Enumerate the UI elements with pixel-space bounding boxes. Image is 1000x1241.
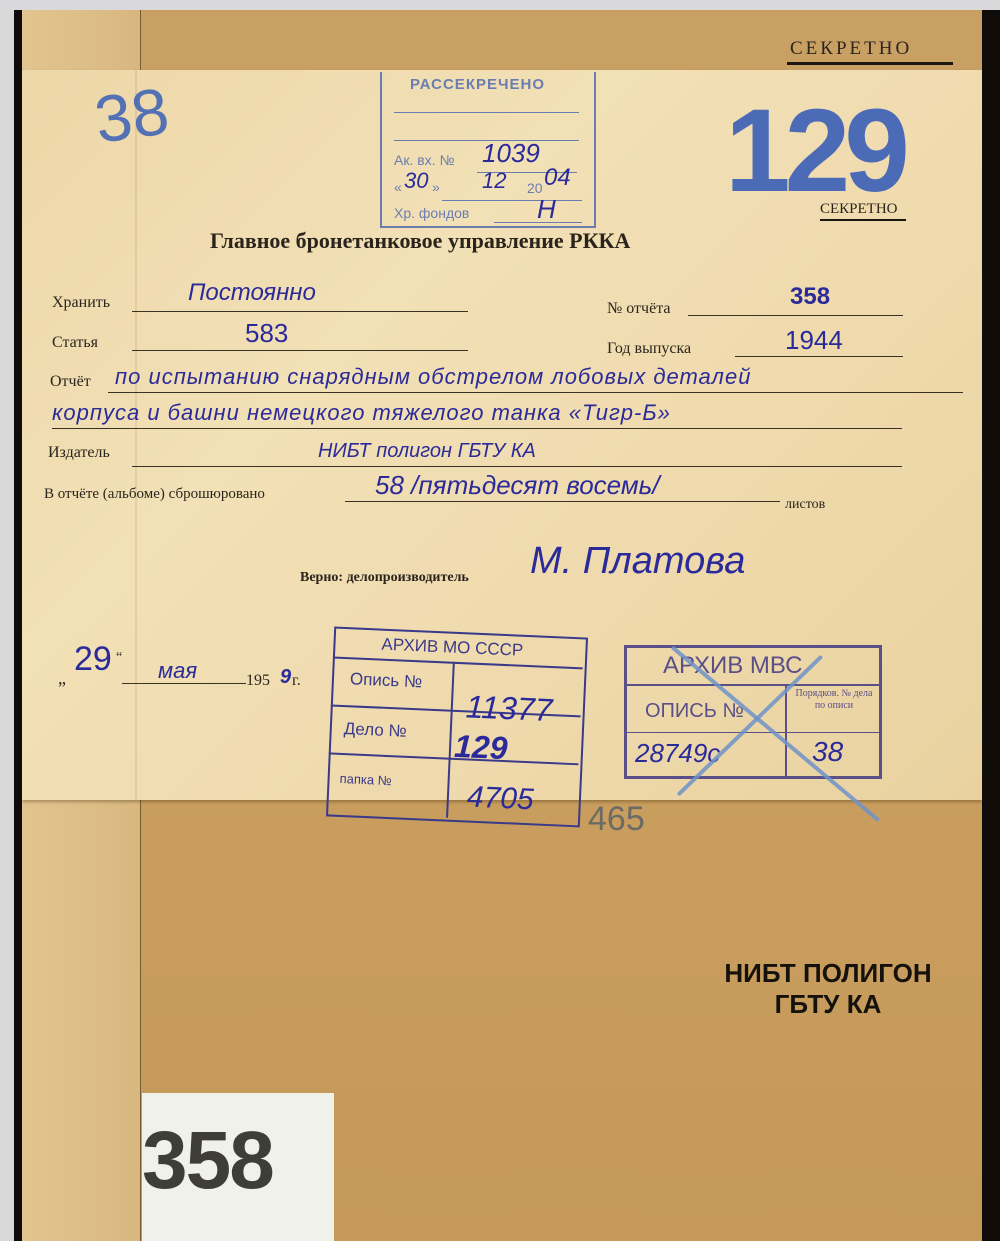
storage-value: Н (537, 194, 556, 225)
folder-label: папка № (339, 771, 392, 788)
store-label: Хранить (52, 294, 110, 312)
publisher-value: НИБТ полигон ГБТУ КА (318, 440, 536, 463)
act-number-value: 1039 (482, 138, 540, 169)
clerk-signature: М. Платова (530, 540, 745, 583)
bound-value: 58 /пятьдесят восемь/ (375, 470, 660, 501)
storage-label: Хр. фондов (394, 205, 469, 221)
declassified-day: 30 (404, 168, 428, 194)
report-number-label: № отчёта (607, 300, 670, 318)
publisher-label: Издатель (48, 444, 110, 462)
article-label: Статья (52, 334, 98, 352)
publisher-line (132, 466, 902, 467)
label-crease (135, 70, 137, 800)
cover-classification: СЕКРЕТНО (790, 38, 912, 60)
bound-line (345, 501, 780, 502)
report-number-line (688, 315, 903, 316)
mvs-inventory-label: ОПИСЬ № (645, 700, 744, 723)
date-day: 29 (74, 640, 112, 679)
report-title-line-2 (52, 428, 902, 429)
report-title-label: Отчёт (50, 373, 91, 391)
report-title-value-line-2: корпуса и башни немецкого тяжелого танка… (52, 400, 671, 426)
report-title-line-1 (108, 392, 963, 393)
stamp-header-divider (627, 684, 879, 686)
folder-value: 4705 (466, 780, 534, 817)
label-classification-underline (820, 219, 906, 221)
stamp-column-divider (785, 684, 787, 776)
stamp-row-divider (627, 732, 879, 733)
inventory-value: 11377 (465, 688, 553, 729)
article-value: 583 (245, 318, 288, 349)
date-month: мая (158, 658, 197, 684)
big-case-number: 129 (725, 92, 904, 210)
stamp-line (494, 222, 582, 223)
mvs-order-label: Порядков. № дела по описи (791, 688, 877, 712)
declassified-stamp: РАССЕКРЕЧЕНО Ак. вх. № 1039 « 30 » 12 20… (380, 72, 596, 228)
year-label: Год выпуска (607, 340, 691, 358)
bound-label: В отчёте (альбоме) сброшюровано (44, 486, 265, 503)
date-open-quote: „ (58, 668, 66, 689)
stamp-line (394, 112, 579, 113)
stamp-line (442, 200, 582, 201)
cover-classification-underline (787, 62, 953, 65)
pencil-note: 465 (588, 800, 645, 839)
case-value: 129 (453, 728, 508, 767)
case-label: Дело № (343, 719, 407, 742)
year-line (735, 356, 903, 357)
inventory-label: Опись № (350, 669, 423, 692)
declassified-stamp-title: РАССЕКРЕЧЕНО (410, 76, 545, 93)
date-close-quote: “ (116, 650, 122, 666)
declassified-month: 12 (482, 168, 506, 194)
archive-mo-stamp: АРХИВ МО СССР Опись № 11377 Дело № 129 п… (326, 627, 589, 828)
date-year-suffix: 9 (280, 666, 291, 689)
label-classification: СЕКРЕТНО (820, 201, 898, 218)
date-year-prefix: 195 (246, 672, 270, 690)
date-open-quote: « (394, 179, 402, 195)
label-heading: Главное бронетанковое управление РККА (210, 228, 630, 254)
organization-line-1: НИБТ ПОЛИГОН (708, 958, 948, 989)
cover-organization: НИБТ ПОЛИГОН ГБТУ КА (708, 958, 948, 1020)
year-value: 1944 (785, 325, 843, 356)
store-line (132, 311, 468, 312)
bound-suffix: листов (785, 497, 825, 513)
corner-note: 38 (91, 77, 173, 153)
report-number-value: 358 (790, 283, 830, 311)
date-unit: г. (292, 672, 301, 690)
report-title-value-line-1: по испытанию снарядным обстрелом лобовых… (115, 364, 751, 390)
verified-label: Верно: делопроизводитель (300, 570, 469, 586)
store-value: Постоянно (188, 279, 316, 307)
article-line (132, 350, 468, 351)
inventory-tag-number: 358 (142, 1120, 273, 1202)
declassified-year: 04 (544, 164, 571, 192)
act-number-label: Ак. вх. № (394, 152, 454, 168)
mvs-order-value: 38 (812, 736, 843, 768)
organization-line-2: ГБТУ КА (708, 989, 948, 1020)
date-close-quote: » (432, 179, 440, 195)
